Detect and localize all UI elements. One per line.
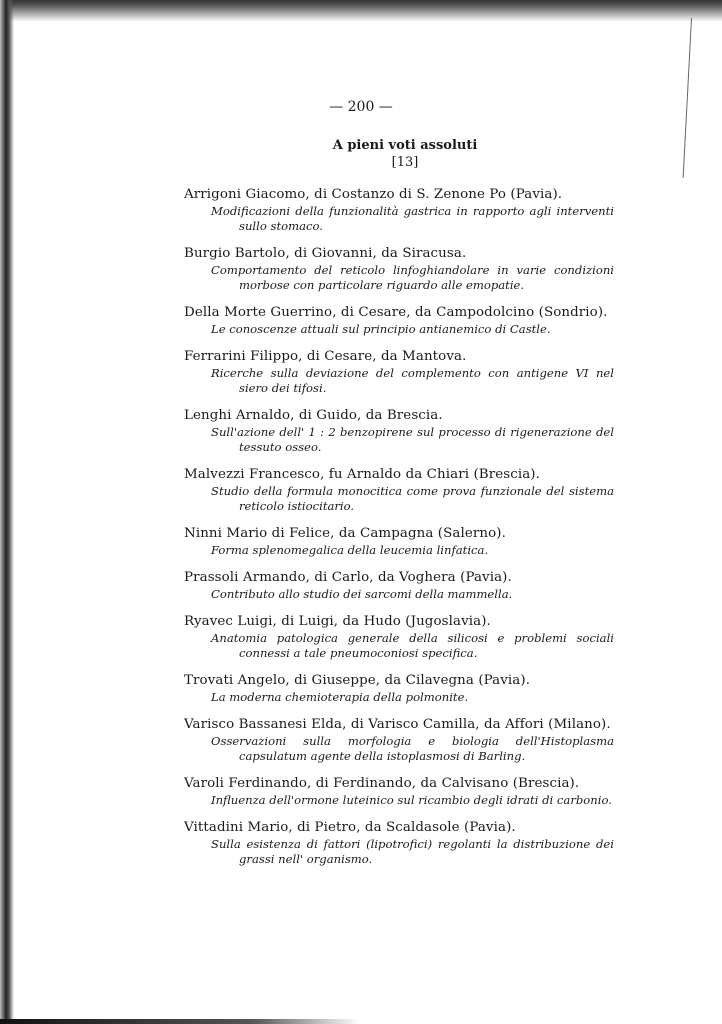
graduate-name: Ryavec Luigi, di Luigi, da Hudo (Jugosla… xyxy=(184,612,614,631)
list-item: Ferrarini Filippo, di Cesare, da Mantova… xyxy=(184,347,614,396)
list-item: Vittadini Mario, di Pietro, da Scaldasol… xyxy=(184,818,614,867)
graduate-name: Burgio Bartolo, di Giovanni, da Siracusa… xyxy=(184,244,614,263)
graduate-name: Arrigoni Giacomo, di Costanzo di S. Zeno… xyxy=(184,185,614,204)
list-item: Varisco Bassanesi Elda, di Varisco Camil… xyxy=(184,715,614,764)
thesis-title: Anatomia patologica generale della silic… xyxy=(184,631,614,661)
thesis-title: Sull'azione dell' 1 : 2 benzopirene sul … xyxy=(184,425,614,455)
list-item: Prassoli Armando, di Carlo, da Voghera (… xyxy=(184,568,614,602)
list-item: Trovati Angelo, di Giuseppe, da Cilavegn… xyxy=(184,671,614,705)
thesis-title: La moderna chemioterapia della polmonite… xyxy=(184,690,614,705)
graduate-name: Malvezzi Francesco, fu Arnaldo da Chiari… xyxy=(184,465,614,484)
graduate-name: Trovati Angelo, di Giuseppe, da Cilavegn… xyxy=(184,671,614,690)
page-number: — 200 — xyxy=(0,99,722,115)
list-item: Della Morte Guerrino, di Cesare, da Camp… xyxy=(184,303,614,337)
scan-edge-bottom xyxy=(0,1019,360,1024)
section-title: A pieni voti assoluti xyxy=(0,138,722,153)
graduate-name: Della Morte Guerrino, di Cesare, da Camp… xyxy=(184,303,614,322)
graduate-name: Vittadini Mario, di Pietro, da Scaldasol… xyxy=(184,818,614,837)
graduate-name: Ninni Mario di Felice, da Campagna (Sale… xyxy=(184,524,614,543)
scan-fold-line xyxy=(683,18,692,178)
list-item: Burgio Bartolo, di Giovanni, da Siracusa… xyxy=(184,244,614,293)
list-item: Lenghi Arnaldo, di Guido, da Brescia. Su… xyxy=(184,406,614,455)
graduate-name: Varoli Ferdinando, di Ferdinando, da Cal… xyxy=(184,774,614,793)
graduate-name: Prassoli Armando, di Carlo, da Voghera (… xyxy=(184,568,614,587)
graduate-name: Ferrarini Filippo, di Cesare, da Mantova… xyxy=(184,347,614,366)
thesis-title: Modificazioni della funzionalità gastric… xyxy=(184,204,614,234)
list-item: Malvezzi Francesco, fu Arnaldo da Chiari… xyxy=(184,465,614,514)
list-item: Varoli Ferdinando, di Ferdinando, da Cal… xyxy=(184,774,614,808)
scan-edge-top xyxy=(0,0,722,22)
scan-edge-left xyxy=(0,0,14,1024)
thesis-title: Forma splenomegalica della leucemia linf… xyxy=(184,543,614,558)
graduate-list: Arrigoni Giacomo, di Costanzo di S. Zeno… xyxy=(184,185,614,877)
thesis-title: Ricerche sulla deviazione del complement… xyxy=(184,366,614,396)
thesis-title: Sulla esistenza di fattori (lipotrofici)… xyxy=(184,837,614,867)
thesis-title: Studio della formula monocitica come pro… xyxy=(184,484,614,514)
list-item: Ryavec Luigi, di Luigi, da Hudo (Jugosla… xyxy=(184,612,614,661)
section-count: [13] xyxy=(0,155,722,170)
thesis-title: Comportamento del reticolo linfoghiandol… xyxy=(184,263,614,293)
thesis-title: Le conoscenze attuali sul principio anti… xyxy=(184,322,614,337)
thesis-title: Contributo allo studio dei sarcomi della… xyxy=(184,587,614,602)
list-item: Ninni Mario di Felice, da Campagna (Sale… xyxy=(184,524,614,558)
list-item: Arrigoni Giacomo, di Costanzo di S. Zeno… xyxy=(184,185,614,234)
thesis-title: Osservazioni sulla morfologia e biologia… xyxy=(184,734,614,764)
graduate-name: Varisco Bassanesi Elda, di Varisco Camil… xyxy=(184,715,614,734)
graduate-name: Lenghi Arnaldo, di Guido, da Brescia. xyxy=(184,406,614,425)
thesis-title: Influenza dell'ormone luteinico sul rica… xyxy=(184,793,614,808)
